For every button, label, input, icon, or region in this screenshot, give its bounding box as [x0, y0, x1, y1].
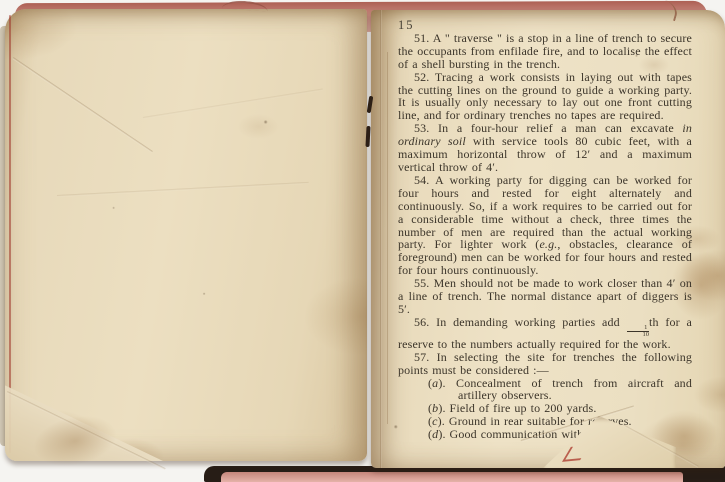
corner-fold — [5, 377, 163, 461]
gutter-crease — [387, 52, 388, 424]
paragraph: 53. In a four-hour relief a man can exca… — [398, 122, 692, 174]
binding-stitch — [365, 126, 370, 147]
paragraph: 52. Tracing a work consists in laying ou… — [398, 71, 692, 123]
page-text: 15 51. A " traverse " is a stop in a lin… — [398, 19, 692, 441]
cover-edge-bottom — [221, 472, 683, 482]
book-scan: 15 51. A " traverse " is a stop in a lin… — [0, 0, 725, 482]
crease — [12, 57, 152, 153]
paragraph: 51. A " traverse " is a stop in a line o… — [398, 32, 692, 71]
paragraph: 57. In selecting the site for trenches t… — [398, 351, 692, 377]
paragraph: 54. A working party for digging can be w… — [398, 174, 692, 277]
gutter-crease — [380, 10, 382, 468]
crease — [143, 89, 323, 119]
paragraph: 56. In demanding working parties add 110… — [398, 316, 692, 351]
crease — [57, 182, 309, 197]
red-margin-line — [9, 15, 11, 453]
list-item: (a). Concealment of trench from aircraft… — [398, 377, 692, 403]
right-page: 15 51. A " traverse " is a stop in a lin… — [371, 10, 725, 468]
left-page-blank — [5, 9, 367, 461]
paragraph: 55. Men should not be made to work close… — [398, 277, 692, 316]
